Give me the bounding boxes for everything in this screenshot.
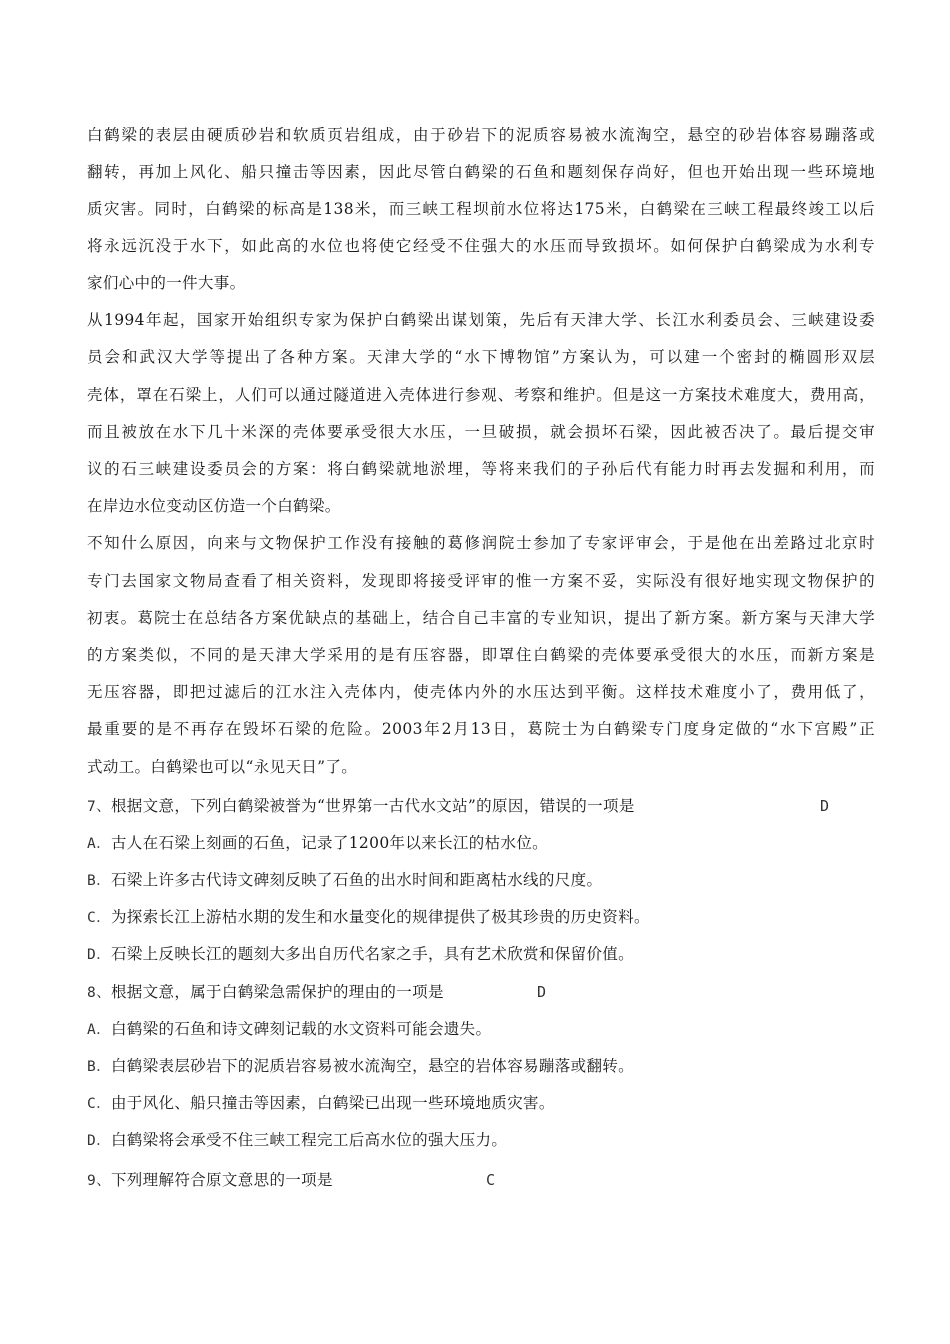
passage-line: 壳体，罩在石梁上，人们可以通过隧道进入壳体进行参观、考察和维护。但是这一方案技术… xyxy=(87,384,875,406)
passage-line: 议的石三峡建设委员会的方案：将白鹤梁就地淤埋，等将来我们的子孙后代有能力时再去发… xyxy=(87,458,875,480)
option-letter: D． xyxy=(87,947,111,963)
passage-line: 从1994年起，国家开始组织专家为保护白鹤梁出谋划策，先后有天津大学、长江水利委… xyxy=(87,309,875,331)
question-number: 7、 xyxy=(87,799,111,815)
passage-line: 家们心中的一件大事。 xyxy=(87,272,246,294)
option-text: 古人在石梁上刻画的石鱼，记录了1200年以来长江的枯水位。 xyxy=(111,834,548,852)
question-text: 下列理解符合原文意思的一项是 xyxy=(111,1171,333,1189)
answer-key: C xyxy=(486,1169,495,1191)
question-stem: 9、下列理解符合原文意思的一项是 xyxy=(87,1169,333,1191)
question-text: 根据文意，属于白鹤梁急需保护的理由的一项是 xyxy=(111,983,444,1001)
passage-line: 的方案类似，不同的是天津大学采用的是有压容器，即罩住白鹤梁的壳体要承受很大的水压… xyxy=(87,644,875,666)
question-number: 8、 xyxy=(87,985,111,1001)
option-text: 由于风化、船只撞击等因素，白鹤梁已出现一些环境地质灾害。 xyxy=(111,1094,555,1112)
passage-line: 初衷。葛院士在总结各方案优缺点的基础上，结合自己丰富的专业知识，提出了新方案。新… xyxy=(87,607,875,629)
option-c: C．为探索长江上游枯水期的发生和水量变化的规律提供了极其珍贵的历史资料。 xyxy=(87,906,650,928)
question-stem: 8、根据文意，属于白鹤梁急需保护的理由的一项是 xyxy=(87,981,444,1003)
option-letter: A． xyxy=(87,836,111,852)
option-text: 白鹤梁表层砂岩下的泥质岩容易被水流淘空，悬空的岩体容易蹦落或翻转。 xyxy=(111,1057,634,1075)
answer-key: D xyxy=(537,981,546,1003)
option-letter: D． xyxy=(87,1133,111,1149)
option-letter: A． xyxy=(87,1022,111,1038)
passage-line: 翻转，再加上风化、船只撞击等因素，因此尽管白鹤梁的石鱼和题刻保存尚好，但也开始出… xyxy=(87,161,875,183)
option-b: B．白鹤梁表层砂岩下的泥质岩容易被水流淘空，悬空的岩体容易蹦落或翻转。 xyxy=(87,1055,634,1077)
option-text: 为探索长江上游枯水期的发生和水量变化的规律提供了极其珍贵的历史资料。 xyxy=(111,908,650,926)
option-text: 白鹤梁将会承受不住三峡工程完工后高水位的强大压力。 xyxy=(111,1131,507,1149)
passage-line: 白鹤梁的表层由硬质砂岩和软质页岩组成，由于砂岩下的泥质容易被水流淘空，悬空的砂岩… xyxy=(87,124,875,146)
question-number: 9、 xyxy=(87,1173,111,1189)
question-stem: 7、根据文意，下列白鹤梁被誉为“世界第一古代水文站”的原因，错误的一项是 xyxy=(87,795,635,817)
question-text: 根据文意，下列白鹤梁被誉为“世界第一古代水文站”的原因，错误的一项是 xyxy=(111,797,635,815)
passage-line: 不知什么原因，向来与文物保护工作没有接触的葛修润院士参加了专家评审会，于是他在出… xyxy=(87,532,875,554)
option-text: 白鹤梁的石鱼和诗文碑刻记载的水文资料可能会遗失。 xyxy=(111,1020,491,1038)
option-letter: B． xyxy=(87,873,111,889)
option-text: 石梁上反映长江的题刻大多出自历代名家之手，具有艺术欣赏和保留价值。 xyxy=(111,945,634,963)
passage-line: 而且被放在水下几十米深的壳体要承受很大水压，一旦破损，就会损坏石梁，因此被否决了… xyxy=(87,421,875,443)
option-d: D．白鹤梁将会承受不住三峡工程完工后高水位的强大压力。 xyxy=(87,1129,507,1151)
passage-line: 员会和武汉大学等提出了各种方案。天津大学的“水下博物馆”方案认为，可以建一个密封… xyxy=(87,346,875,368)
passage-line: 专门去国家文物局查看了相关资料，发现即将接受评审的惟一方案不妥，实际没有很好地实… xyxy=(87,570,875,592)
option-c: C．由于风化、船只撞击等因素，白鹤梁已出现一些环境地质灾害。 xyxy=(87,1092,555,1114)
passage-line: 最重要的是不再存在毁坏石梁的危险。2003年2月13日，葛院士为白鹤梁专门度身定… xyxy=(87,718,875,740)
passage-line: 无压容器，即把过滤后的江水注入壳体内，使壳体内外的水压达到平衡。这样技术难度小了… xyxy=(87,681,875,703)
passage-line: 在岸边水位变动区仿造一个白鹤梁。 xyxy=(87,495,341,517)
passage-line: 将永远沉没于水下，如此高的水位也将使它经受不住强大的水压而导致损坏。如何保护白鹤… xyxy=(87,235,875,257)
answer-key: D xyxy=(820,795,829,817)
option-a: A．古人在石梁上刻画的石鱼，记录了1200年以来长江的枯水位。 xyxy=(87,832,548,854)
option-letter: C． xyxy=(87,910,111,926)
option-letter: C． xyxy=(87,1096,111,1112)
option-d: D．石梁上反映长江的题刻大多出自历代名家之手，具有艺术欣赏和保留价值。 xyxy=(87,943,634,965)
document-page: 白鹤梁的表层由硬质砂岩和软质页岩组成，由于砂岩下的泥质容易被水流淘空，悬空的砂岩… xyxy=(0,0,950,1344)
option-letter: B． xyxy=(87,1059,111,1075)
passage-line: 式动工。白鹤梁也可以“永见天日”了。 xyxy=(87,756,357,778)
option-a: A．白鹤梁的石鱼和诗文碑刻记载的水文资料可能会遗失。 xyxy=(87,1018,491,1040)
passage-line: 质灾害。同时，白鹤梁的标高是138米，而三峡工程坝前水位将达175米，白鹤梁在三… xyxy=(87,198,875,220)
option-text: 石梁上许多古代诗文碑刻反映了石鱼的出水时间和距离枯水线的尺度。 xyxy=(111,871,602,889)
option-b: B．石梁上许多古代诗文碑刻反映了石鱼的出水时间和距离枯水线的尺度。 xyxy=(87,869,602,891)
